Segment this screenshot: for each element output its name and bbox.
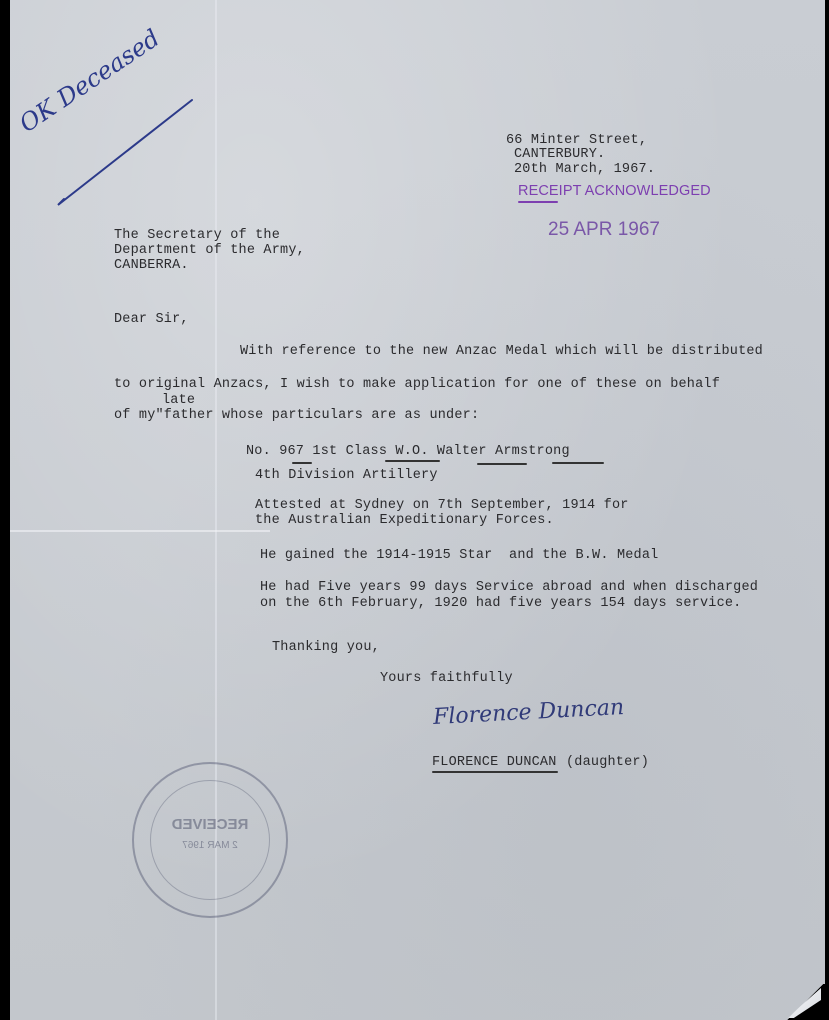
underline-number	[292, 462, 312, 464]
annotation-stroke-line	[50, 95, 200, 210]
service-line2: on the 6th February, 1920 had five years…	[260, 596, 741, 611]
typed-name: FLORENCE DUNCAN	[432, 755, 557, 770]
underline-rank	[385, 460, 440, 462]
particulars-line1: No. 967 1st Class W.O. Walter Armstrong	[246, 444, 570, 459]
recipient-line2: Department of the Army,	[114, 243, 305, 258]
sender-address-line1: 66 Minter Street,	[506, 133, 647, 148]
receipt-acknowledged-stamp: RECEIPT ACKNOWLEDGED	[518, 183, 711, 199]
body-line3: of my"father whose particulars are as un…	[114, 408, 479, 423]
signature: Florence Duncan	[432, 695, 624, 730]
underline-surname	[552, 462, 604, 464]
closing-thanks: Thanking you,	[272, 640, 380, 655]
body-line2: to original Anzacs, I wish to make appli…	[114, 377, 720, 392]
attested-line2: the Australian Expeditionary Forces.	[255, 513, 554, 528]
particulars-line2: 4th Division Artillery	[255, 468, 438, 483]
recipient-line3: CANBERRA.	[114, 258, 189, 273]
receipt-date-stamp: 25 APR 1967	[548, 219, 660, 241]
paper-fold-horizontal	[10, 530, 270, 532]
sender-address-line2: CANTERBURY.	[514, 147, 605, 162]
letter-page: OK Deceased 66 Minter Street, CANTERBURY…	[10, 0, 825, 1020]
underline-first-name	[477, 463, 527, 465]
closing-valediction: Yours faithfully	[380, 671, 513, 686]
round-stamp-word: RECEIVED	[134, 816, 286, 833]
body-insertion: late	[162, 393, 195, 408]
salutation: Dear Sir,	[114, 312, 189, 327]
service-line1: He had Five years 99 days Service abroad…	[260, 580, 758, 595]
receipt-stamp-underline	[518, 201, 558, 203]
relation: (daughter)	[566, 755, 649, 770]
medals-line: He gained the 1914-1915 Star and the B.W…	[260, 548, 658, 563]
typed-name-underline	[432, 771, 558, 773]
received-round-stamp: RECEIVED 2 MAR 1967	[132, 762, 288, 918]
recipient-line1: The Secretary of the	[114, 228, 280, 243]
letter-date: 20th March, 1967.	[514, 162, 655, 177]
attested-line1: Attested at Sydney on 7th September, 191…	[255, 498, 629, 513]
round-stamp-date: 2 MAR 1967	[134, 840, 286, 851]
body-line1: With reference to the new Anzac Medal wh…	[240, 344, 763, 359]
